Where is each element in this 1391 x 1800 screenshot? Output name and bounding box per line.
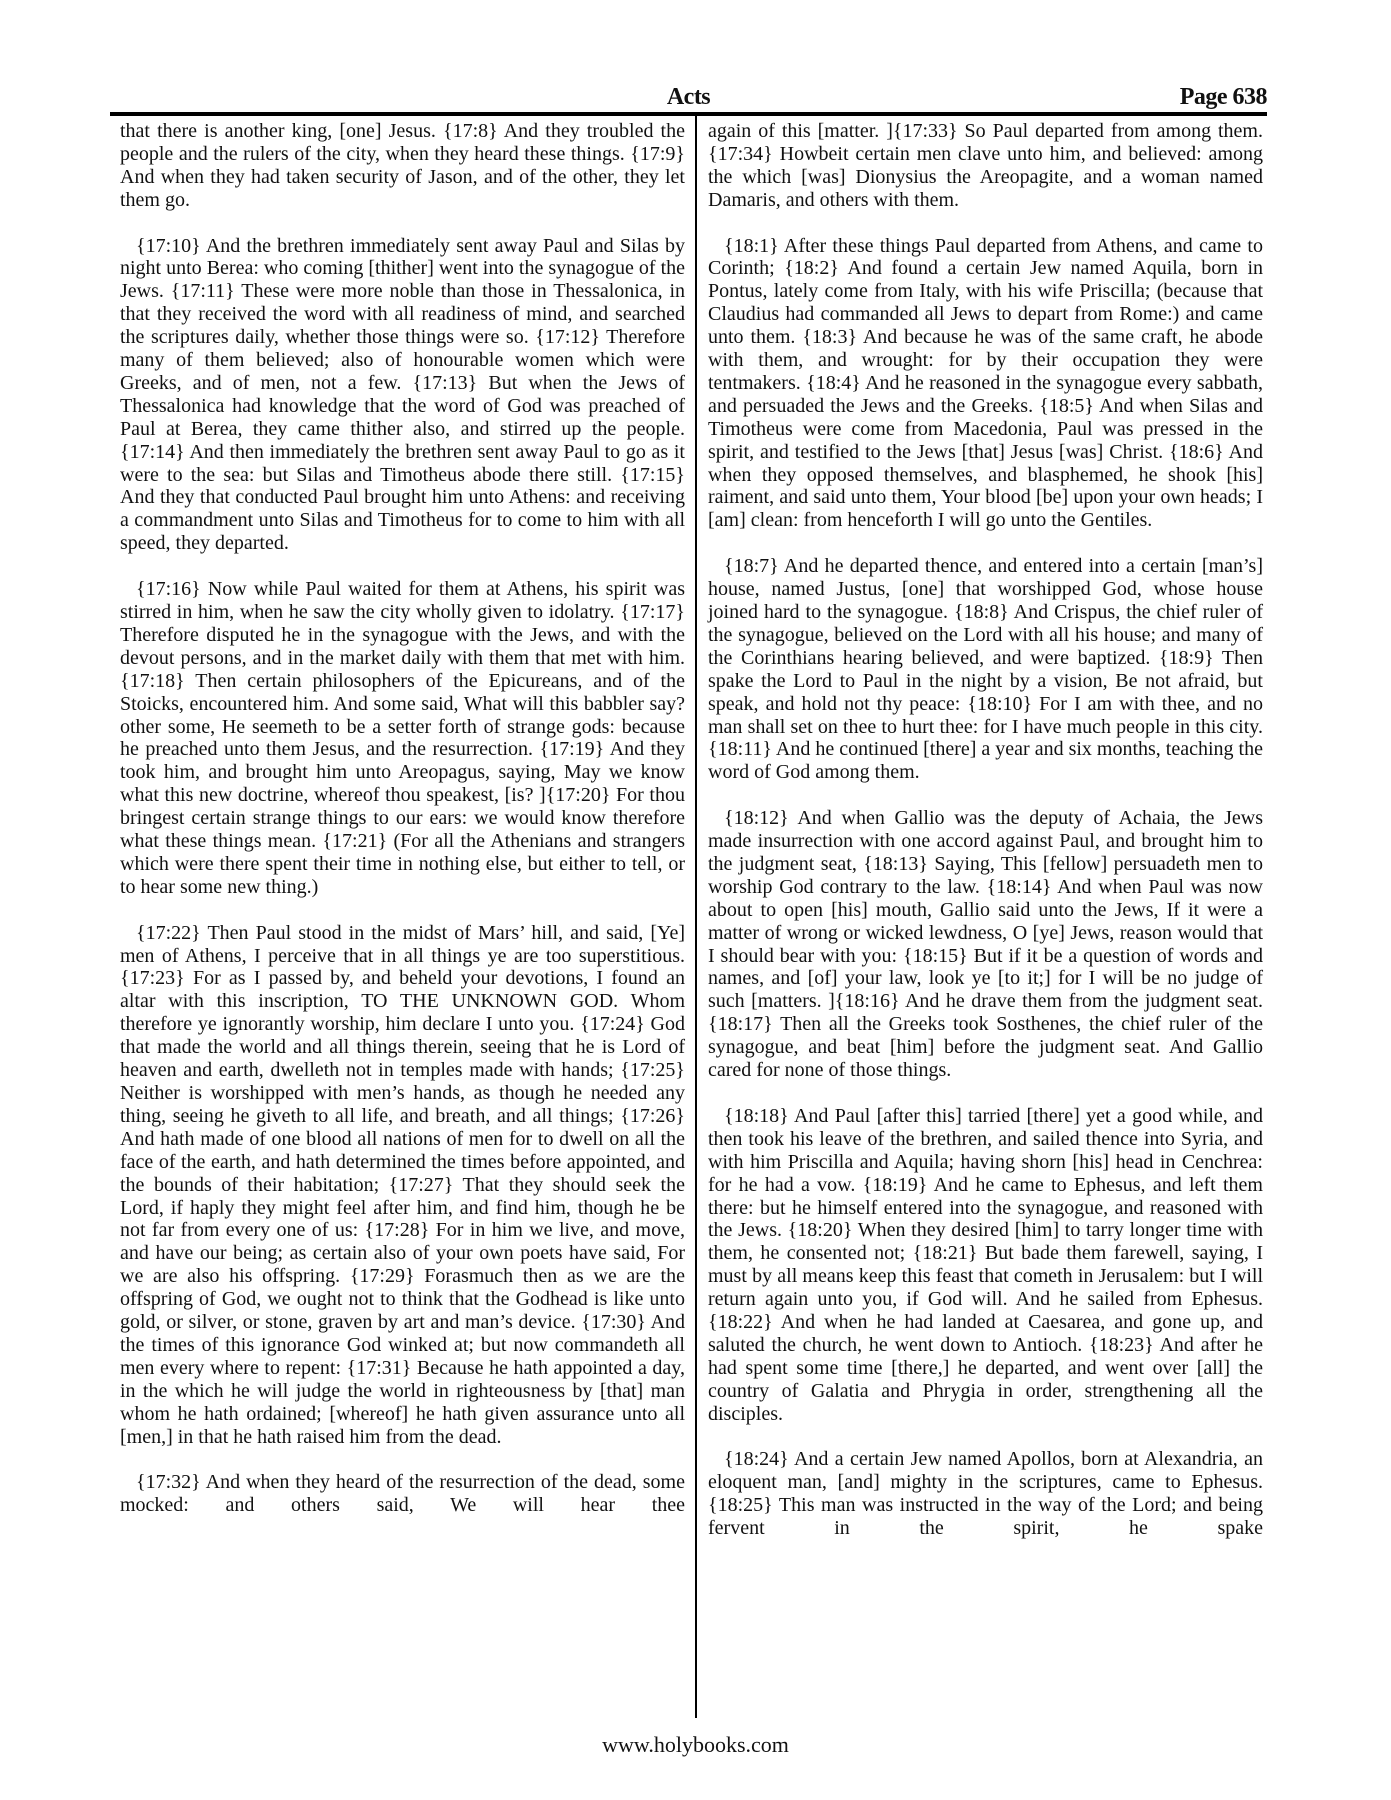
paragraph: again of this [matter. ]{17:33} So Paul … [708, 120, 1263, 212]
right-column: again of this [matter. ]{17:33} So Paul … [708, 120, 1263, 1540]
footer-site-link[interactable]: www.holybooks.com [0, 1731, 1391, 1759]
paragraph: {17:32} And when they heard of the resur… [120, 1471, 685, 1517]
paragraph: {18:7} And he departed thence, and enter… [708, 555, 1263, 784]
paragraph: {18:1} After these things Paul departed … [708, 235, 1263, 533]
paragraph: {18:12} And when Gallio was the deputy o… [708, 807, 1263, 1082]
paragraph: {17:10} And the brethren immediately sen… [120, 235, 685, 556]
page-header: Acts Page 638 [110, 82, 1267, 114]
left-column: that there is another king, [one] Jesus.… [120, 120, 685, 1517]
paragraph: {17:16} Now while Paul waited for them a… [120, 578, 685, 899]
paragraph: {17:22} Then Paul stood in the midst of … [120, 922, 685, 1449]
paragraph: {18:24} And a certain Jew named Apollos,… [708, 1448, 1263, 1540]
paragraph: that there is another king, [one] Jesus.… [120, 120, 685, 212]
column-divider [695, 115, 697, 1718]
paragraph: {18:18} And Paul [after this] tarried [t… [708, 1105, 1263, 1426]
page-number: Page 638 [1180, 82, 1267, 112]
header-rule [110, 112, 1267, 116]
book-title: Acts [110, 82, 1267, 112]
